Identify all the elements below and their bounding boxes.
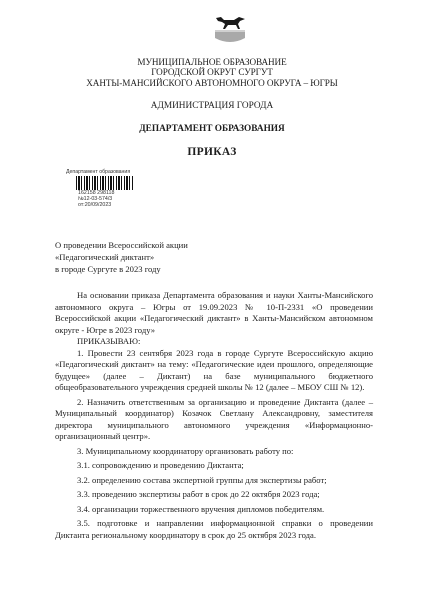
item-3-3: 3.3. проведению экспертизы работ в срок … (55, 489, 373, 501)
document-subject: О проведении Всероссийской акции «Педаго… (55, 240, 188, 275)
item-3-2: 3.2. определению состава экспертной груп… (55, 475, 373, 487)
header-line-3: ХАНТЫ-МАНСИЙСКОГО АВТОНОМНОГО ОКРУГА – Ю… (0, 78, 424, 88)
department-title: ДЕПАРТАМЕНТ ОБРАЗОВАНИЯ (0, 124, 424, 134)
item-3-1: 3.1. сопровождению и проведению Диктанта… (55, 460, 373, 472)
preamble: На основании приказа Департамента образо… (55, 290, 373, 336)
item-3-4: 3.4. организации торжественного вручения… (55, 504, 373, 516)
crest-icon (212, 12, 248, 46)
municipality-header: МУНИЦИПАЛЬНОЕ ОБРАЗОВАНИЕ ГОРОДСКОЙ ОКРУ… (0, 57, 424, 88)
header-line-2: ГОРОДСКОЙ ОКРУГ СУРГУТ (0, 67, 424, 77)
subject-line-2: «Педагогический диктант» (55, 252, 188, 264)
item-1: 1. Провести 23 сентября 2023 года в горо… (55, 348, 373, 394)
registration-date: от:20/09/2023 (78, 202, 134, 208)
administration-title: АДМИНИСТРАЦИЯ ГОРОДА (0, 101, 424, 111)
order-word: ПРИКАЗЫВАЮ: (77, 336, 373, 348)
registration-stamp: Департамент образования 162158 298118 №1… (66, 169, 134, 208)
item-2: 2. Назначить ответственным за организаци… (55, 397, 373, 443)
document-type: ПРИКАЗ (0, 146, 424, 158)
header-line-1: МУНИЦИПАЛЬНОЕ ОБРАЗОВАНИЕ (0, 57, 424, 67)
item-3: 3. Муниципальному координатору организов… (55, 446, 373, 458)
subject-line-1: О проведении Всероссийской акции (55, 240, 188, 252)
subject-line-3: в городе Сургуте в 2023 году (55, 264, 188, 276)
stamp-department: Департамент образования (66, 169, 134, 175)
item-3-5: 3.5. подготовке и направлении информацио… (55, 518, 373, 541)
document-body: На основании приказа Департамента образо… (55, 290, 373, 541)
barcode-icon (76, 176, 134, 190)
